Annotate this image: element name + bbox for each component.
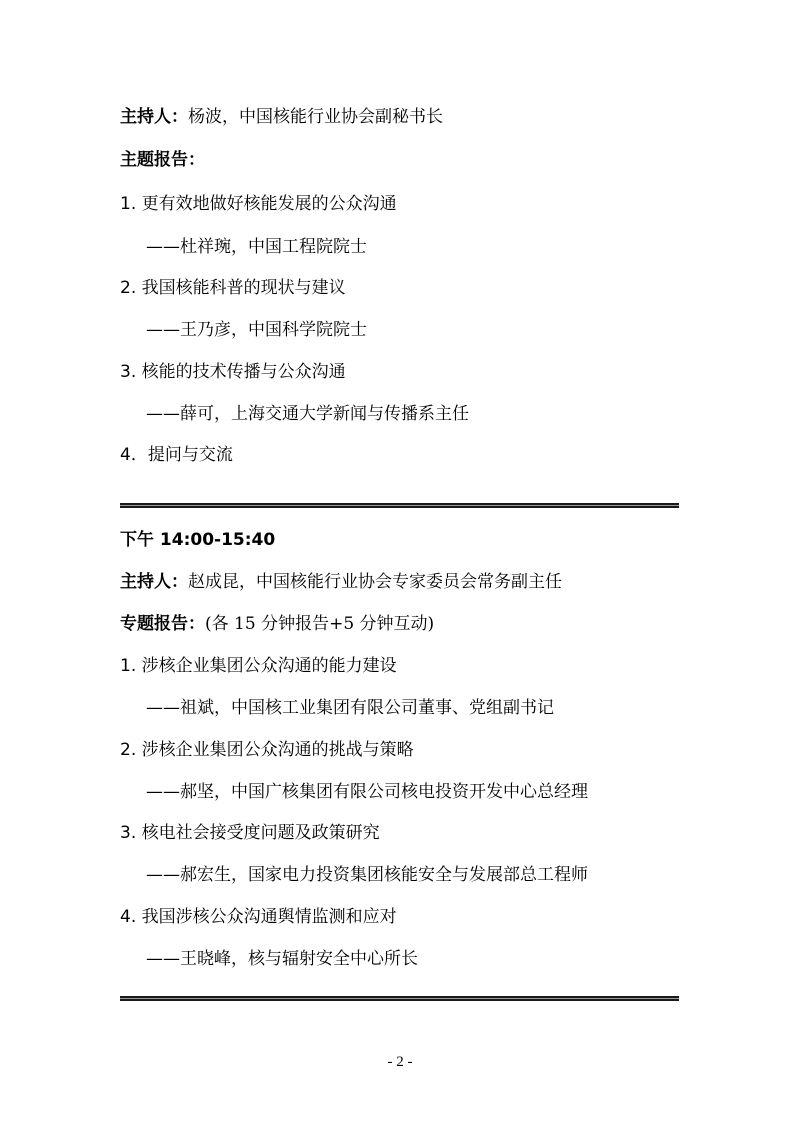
morning-item-1-speaker: ——杜祥琬，中国工程院院士: [146, 236, 367, 258]
morning-item-2-title: 2. 我国核能科普的现状与建议: [120, 277, 346, 299]
page-number: - 2 -: [0, 1054, 800, 1071]
section-divider: [120, 996, 679, 1001]
host-label: 主持人：: [120, 107, 188, 127]
afternoon-host-line: 主持人：赵成昆，中国核能行业协会专家委员会常务副主任: [120, 571, 562, 593]
morning-item-3-title: 3. 核能的技术传播与公众沟通: [120, 361, 346, 383]
afternoon-item-1-title: 1. 涉核企业集团公众沟通的能力建设: [120, 655, 397, 677]
host-name: 赵成昆，中国核能行业协会专家委员会常务副主任: [188, 572, 562, 592]
afternoon-section-title-line: 专题报告：(各 15 分钟报告+5 分钟互动): [120, 613, 434, 635]
afternoon-time: 下午 14:00-15:40: [120, 529, 275, 551]
morning-item-1-title: 1. 更有效地做好核能发展的公众沟通: [120, 193, 397, 215]
afternoon-item-4-speaker: ——王晓峰，核与辐射安全中心所长: [146, 948, 418, 970]
afternoon-item-1-speaker: ——祖斌，中国核工业集团有限公司董事、党组副书记: [146, 697, 554, 719]
afternoon-item-2-title: 2. 涉核企业集团公众沟通的挑战与策略: [120, 739, 414, 761]
section-divider: [120, 503, 679, 508]
morning-item-3-speaker: ——薛可，上海交通大学新闻与传播系主任: [146, 403, 469, 425]
host-label: 主持人：: [120, 572, 188, 592]
morning-section-title: 主题报告：: [120, 149, 205, 171]
afternoon-item-3-speaker: ——郝宏生，国家电力投资集团核能安全与发展部总工程师: [146, 864, 588, 886]
afternoon-item-2-speaker: ——郝坚，中国广核集团有限公司核电投资开发中心总经理: [146, 781, 588, 803]
host-name: 杨波，中国核能行业协会副秘书长: [188, 107, 443, 127]
morning-host-line: 主持人：杨波，中国核能行业协会副秘书长: [120, 106, 443, 128]
morning-item-4-title: 4．提问与交流: [120, 444, 233, 466]
afternoon-item-4-title: 4. 我国涉核公众沟通舆情监测和应对: [120, 906, 397, 928]
afternoon-item-3-title: 3. 核电社会接受度问题及政策研究: [120, 822, 380, 844]
section-note: (各 15 分钟报告+5 分钟互动): [205, 614, 434, 634]
section-title: 专题报告：: [120, 614, 205, 634]
morning-item-2-speaker: ——王乃彦，中国科学院院士: [146, 319, 367, 341]
